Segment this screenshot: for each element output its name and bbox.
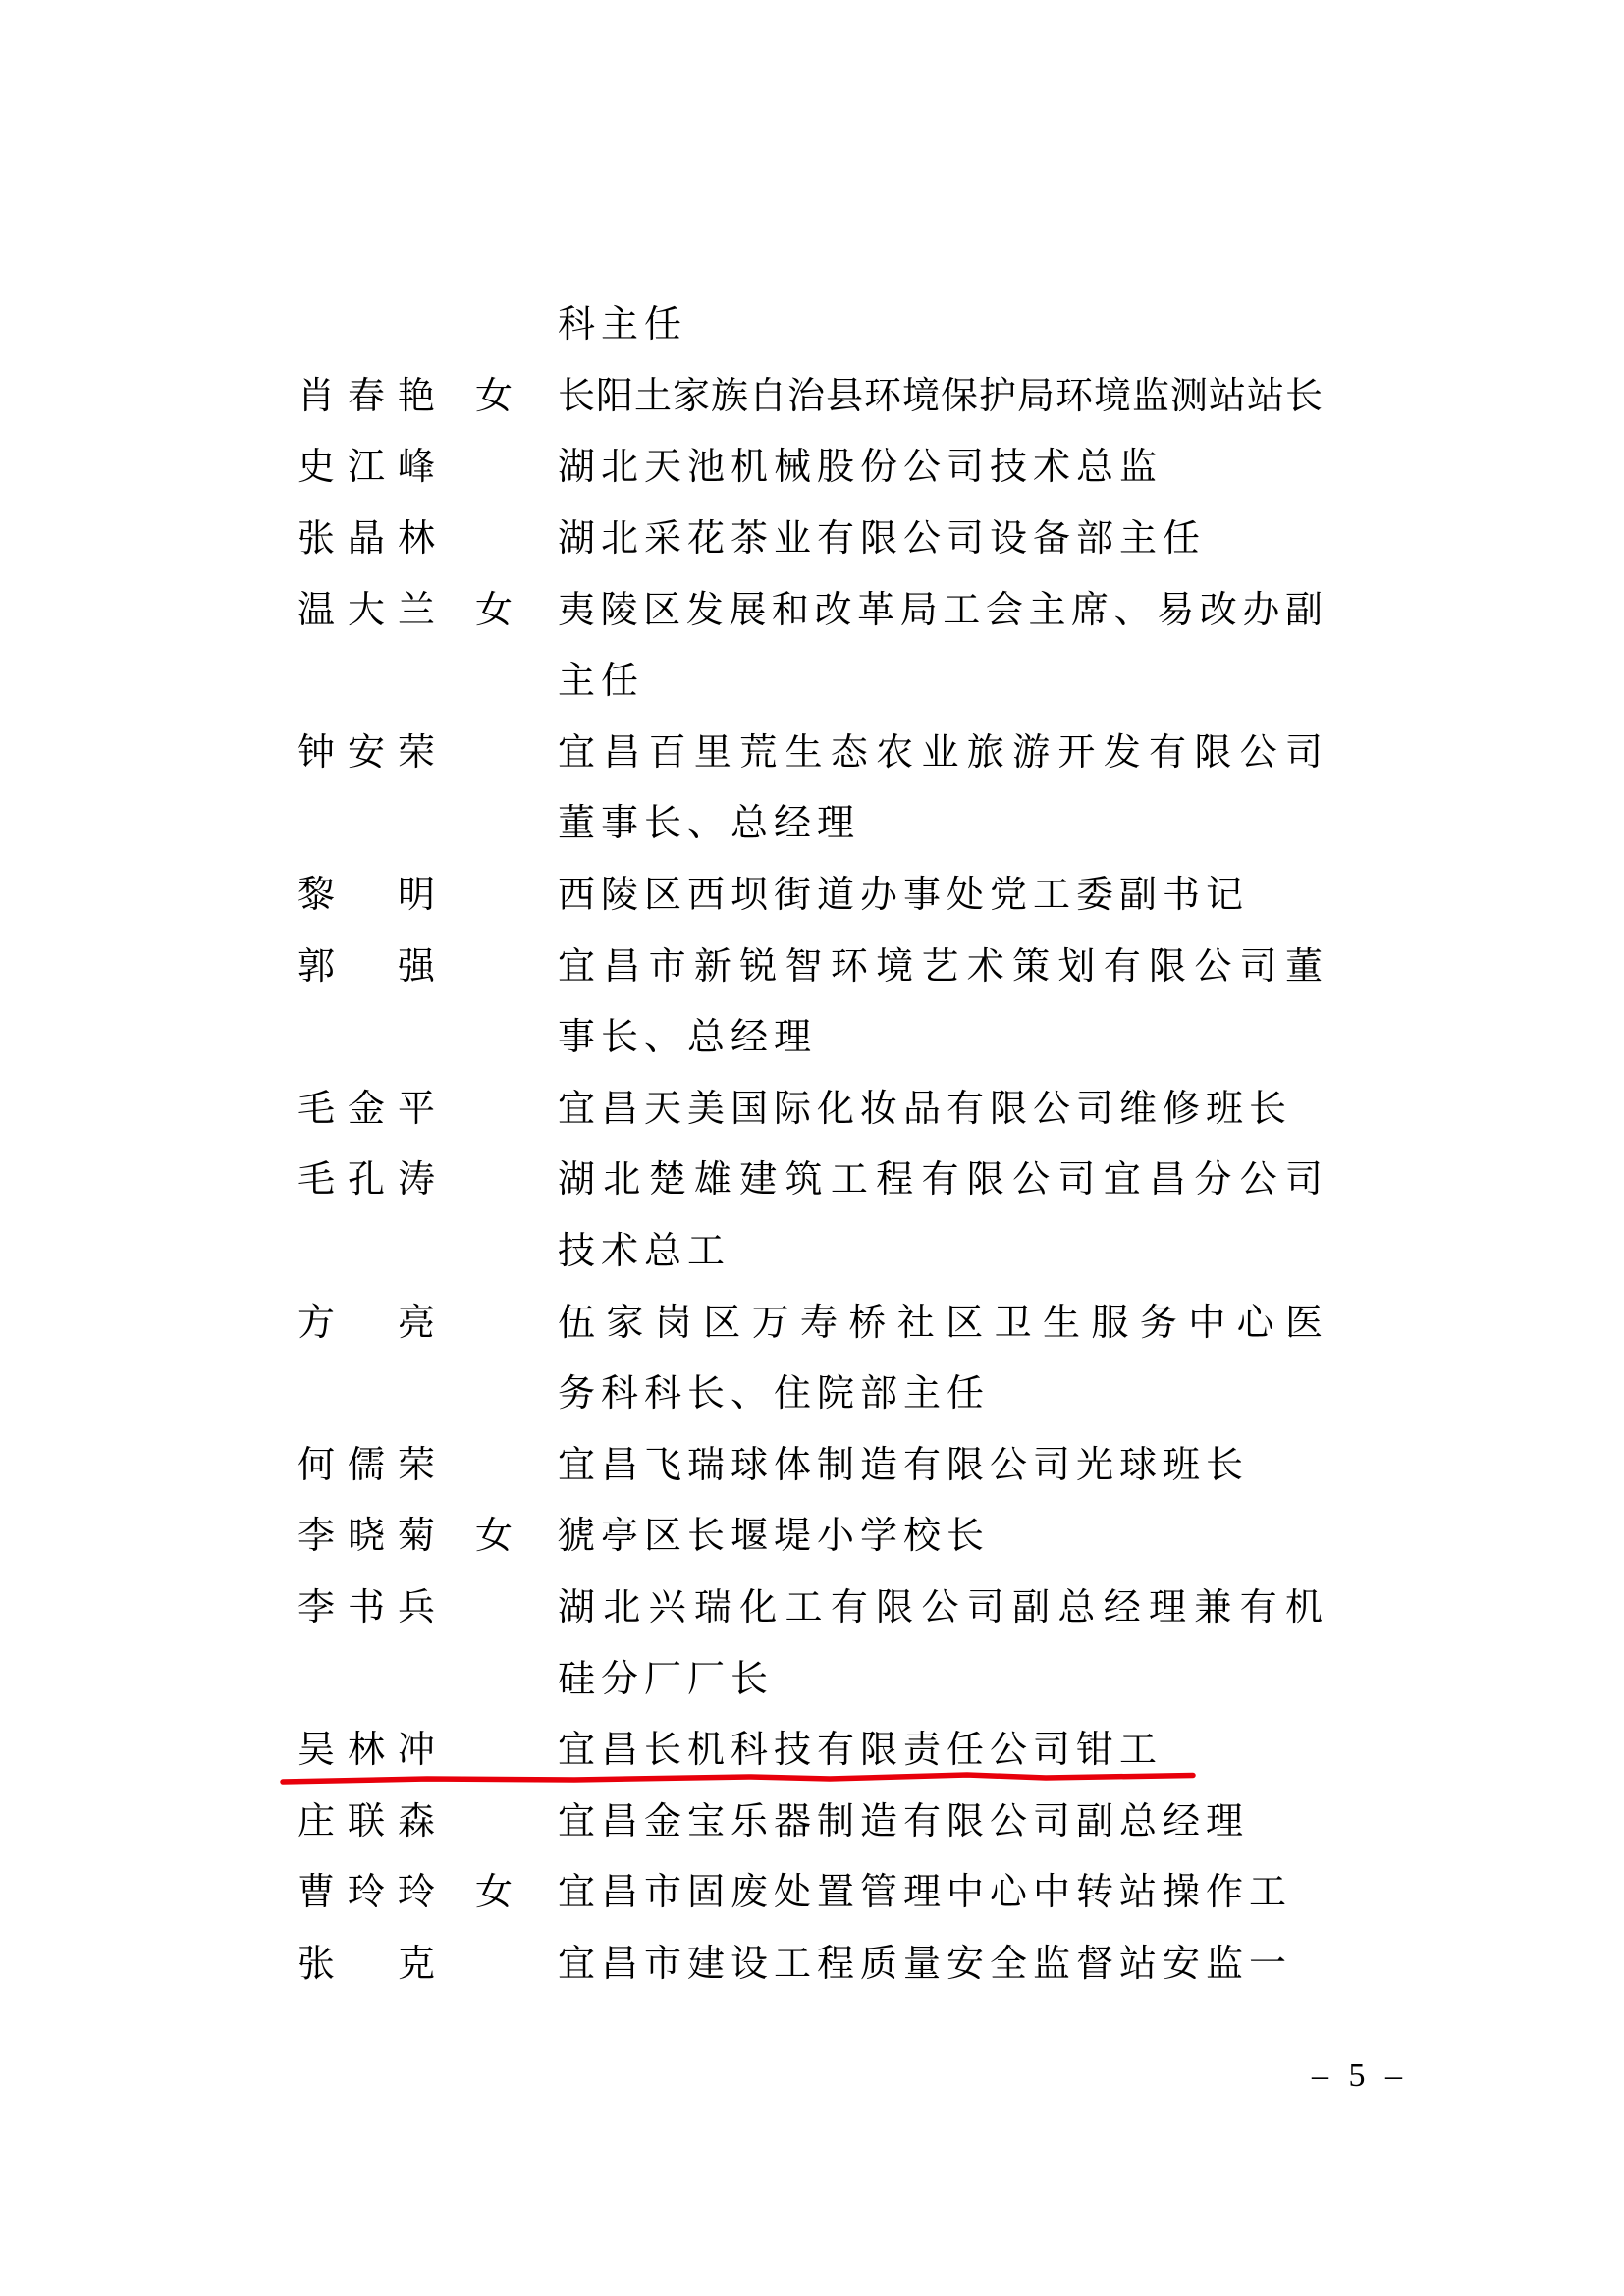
person-name: 张晶林 [298, 520, 435, 558]
person-title-line: 科主任 [558, 306, 687, 344]
person-name: 张克 [298, 1946, 435, 1983]
person-name: 庄联森 [298, 1803, 435, 1841]
roster-row: 肖春艳女长阳土家族自治县环境保护局环境监测站站长 [0, 361, 1624, 433]
page-number: – 5 – [1312, 2059, 1430, 2093]
red-underline-path [283, 1775, 1193, 1782]
roster-row: 方亮伍家岗区万寿桥社区卫生服务中心医 [0, 1287, 1624, 1359]
roster-list: 科主任肖春艳女长阳土家族自治县环境保护局环境监测站站长史江峰湖北天池机械股份公司… [0, 290, 1624, 2000]
roster-row: 毛孔涛湖北楚雄建筑工程有限公司宜昌分公司 [0, 1145, 1624, 1216]
person-title-line: 湖北楚雄建筑工程有限公司宜昌分公司 [558, 1161, 1323, 1199]
person-name: 曹玲玲 [298, 1874, 435, 1911]
person-title-line: 宜昌市新锐智环境艺术策划有限公司董 [558, 948, 1323, 986]
person-name: 郭强 [298, 948, 435, 986]
roster-row: 科主任 [0, 290, 1624, 361]
person-title-line: 夷陵区发展和改革局工会主席、易改办副 [558, 592, 1323, 629]
person-name: 李书兵 [298, 1589, 435, 1627]
person-name: 何儒荣 [298, 1447, 435, 1484]
roster-row: 曹玲玲女宜昌市固废处置管理中心中转站操作工 [0, 1857, 1624, 1929]
person-gender: 女 [474, 592, 514, 629]
roster-row: 张晶林湖北采花茶业有限公司设备部主任 [0, 504, 1624, 575]
person-title-line: 湖北天池机械股份公司技术总监 [558, 449, 1163, 486]
person-title-line: 宜昌飞瑞球体制造有限公司光球班长 [558, 1447, 1249, 1484]
roster-row-continuation: 硅分厂厂长 [0, 1643, 1624, 1715]
person-title-line: 宜昌市建设工程质量安全监督站安监一 [558, 1946, 1292, 1983]
document-page: 科主任肖春艳女长阳土家族自治县环境保护局环境监测站站长史江峰湖北天池机械股份公司… [0, 0, 1624, 2296]
person-title-line: 宜昌长机科技有限责任公司钳工 [558, 1732, 1163, 1769]
person-title-line: 宜昌市固废处置管理中心中转站操作工 [558, 1874, 1292, 1911]
person-name: 李晓菊 [298, 1518, 435, 1555]
person-gender: 女 [474, 1874, 514, 1911]
person-name: 毛孔涛 [298, 1161, 435, 1199]
person-name: 史江峰 [298, 449, 435, 486]
person-title-line: 事长、总经理 [558, 1019, 817, 1056]
roster-row-continuation: 务科科长、住院部主任 [0, 1359, 1624, 1430]
roster-row-continuation: 主任 [0, 646, 1624, 718]
roster-row-continuation: 技术总工 [0, 1216, 1624, 1288]
person-title-line: 董事长、总经理 [558, 805, 860, 842]
roster-row: 何儒荣宜昌飞瑞球体制造有限公司光球班长 [0, 1430, 1624, 1502]
roster-row: 毛金平宜昌天美国际化妆品有限公司维修班长 [0, 1074, 1624, 1146]
person-title-line: 湖北采花茶业有限公司设备部主任 [558, 520, 1206, 558]
roster-row: 温大兰女夷陵区发展和改革局工会主席、易改办副 [0, 574, 1624, 646]
roster-row: 钟安荣宜昌百里荒生态农业旅游开发有限公司 [0, 718, 1624, 789]
person-title-line: 西陵区西坝街道办事处党工委副书记 [558, 877, 1249, 914]
person-title-line: 宜昌金宝乐器制造有限公司副总经理 [558, 1803, 1249, 1841]
roster-row: 史江峰湖北天池机械股份公司技术总监 [0, 432, 1624, 504]
roster-row: 庄联森宜昌金宝乐器制造有限公司副总经理 [0, 1786, 1624, 1857]
person-gender: 女 [474, 1518, 514, 1555]
person-name: 肖春艳 [298, 378, 435, 415]
person-title-line: 宜昌百里荒生态农业旅游开发有限公司 [558, 734, 1323, 772]
person-title-line: 伍家岗区万寿桥社区卫生服务中心医 [558, 1305, 1323, 1342]
red-underline-annotation [280, 1768, 1198, 1788]
person-title-line: 猇亭区长堰堤小学校长 [558, 1518, 990, 1555]
person-name: 温大兰 [298, 592, 435, 629]
roster-row: 李书兵湖北兴瑞化工有限公司副总经理兼有机 [0, 1573, 1624, 1644]
person-title-line: 主任 [558, 663, 644, 700]
person-name: 吴林冲 [298, 1732, 435, 1769]
person-name: 毛金平 [298, 1091, 435, 1128]
roster-row: 郭强宜昌市新锐智环境艺术策划有限公司董 [0, 931, 1624, 1002]
person-title-line: 长阳土家族自治县环境保护局环境监测站站长 [558, 378, 1323, 415]
person-gender: 女 [474, 378, 514, 415]
person-title-line: 务科科长、住院部主任 [558, 1375, 990, 1413]
roster-row: 黎明西陵区西坝街道办事处党工委副书记 [0, 860, 1624, 932]
roster-row: 李晓菊女猇亭区长堰堤小学校长 [0, 1501, 1624, 1573]
person-title-line: 湖北兴瑞化工有限公司副总经理兼有机 [558, 1589, 1323, 1627]
person-name: 钟安荣 [298, 734, 435, 772]
person-name: 黎明 [298, 877, 435, 914]
person-name: 方亮 [298, 1305, 435, 1342]
roster-row-continuation: 董事长、总经理 [0, 788, 1624, 860]
roster-row: 张克宜昌市建设工程质量安全监督站安监一 [0, 1929, 1624, 2001]
person-title-line: 硅分厂厂长 [558, 1661, 774, 1698]
roster-row-continuation: 事长、总经理 [0, 1002, 1624, 1074]
person-title-line: 宜昌天美国际化妆品有限公司维修班长 [558, 1091, 1292, 1128]
person-title-line: 技术总工 [558, 1233, 731, 1270]
